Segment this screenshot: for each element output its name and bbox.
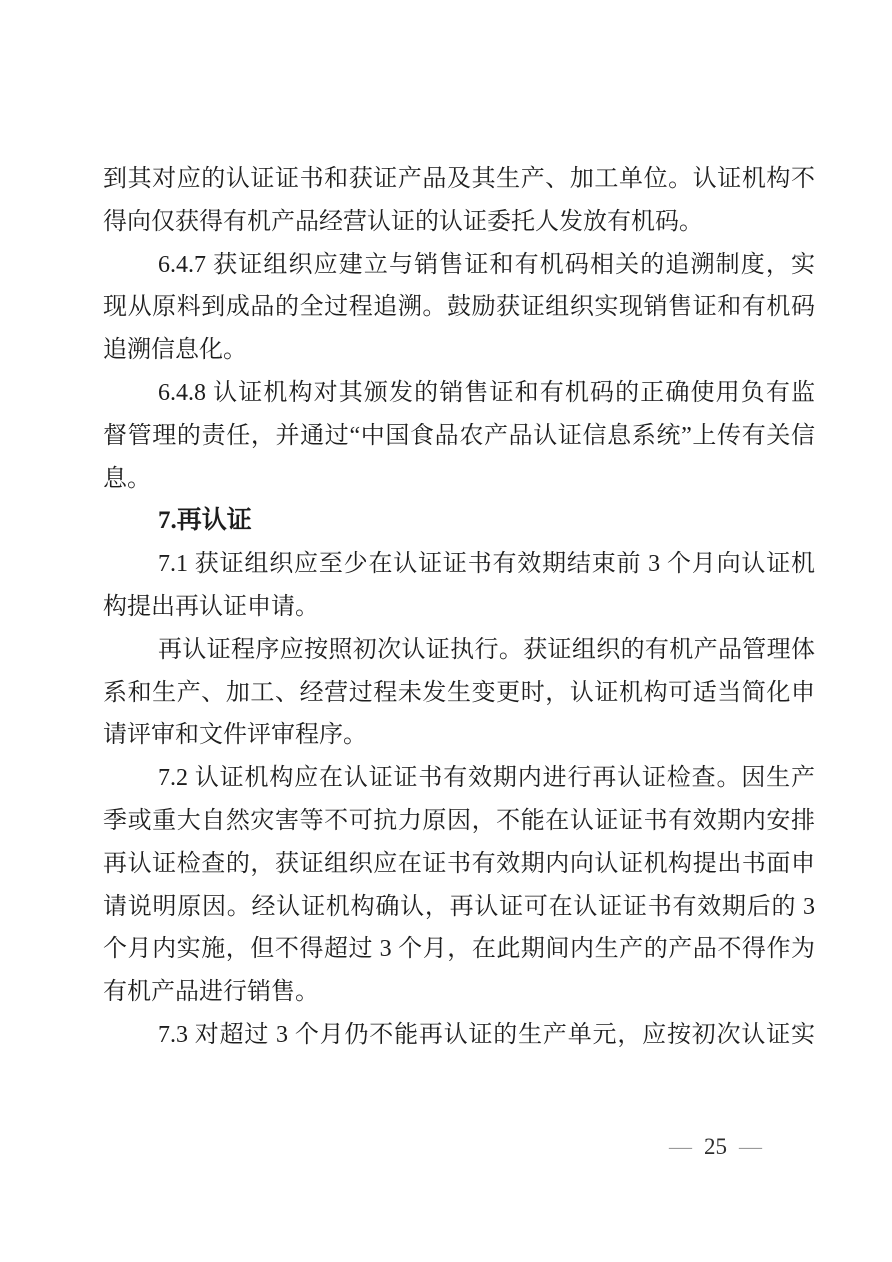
text-line: 6.4.8 认证机构对其颁发的销售证和有机码的正确使用负有监 (103, 372, 815, 415)
text-line: 个月内实施，但不得超过 3 个月，在此期间内生产的产品不得作为 (103, 928, 815, 971)
text-line: 7.2 认证机构应在认证证书有效期内进行再认证检查。因生产 (103, 757, 815, 800)
page-number: 25 (704, 1134, 727, 1159)
text-line: 追溯信息化。 (103, 329, 815, 372)
text-line: 息。 (103, 458, 815, 501)
text-line: 再认证检查的，获证组织应在证书有效期内向认证机构提出书面申 (103, 843, 815, 886)
text-line: 6.4.7 获证组织应建立与销售证和有机码相关的追溯制度，实 (103, 244, 815, 287)
text-line: 系和生产、加工、经营过程未发生变更时，认证机构可适当简化申 (103, 672, 815, 715)
body-text-column: 到其对应的认证证书和获证产品及其生产、加工单位。认证机构不 得向仅获得有机产品经… (103, 158, 815, 1057)
text-line: 到其对应的认证证书和获证产品及其生产、加工单位。认证机构不 (103, 158, 815, 201)
document-page: 到其对应的认证证书和获证产品及其生产、加工单位。认证机构不 得向仅获得有机产品经… (0, 0, 892, 1262)
text-line: 再认证程序应按照初次认证执行。获证组织的有机产品管理体 (103, 629, 815, 672)
text-line: 季或重大自然灾害等不可抗力原因，不能在认证证书有效期内安排 (103, 800, 815, 843)
text-line: 构提出再认证申请。 (103, 586, 815, 629)
section-heading: 7.再认证 (103, 500, 815, 543)
text-line: 请说明原因。经认证机构确认，再认证可在认证证书有效期后的 3 (103, 886, 815, 929)
text-line: 7.3 对超过 3 个月仍不能再认证的生产单元，应按初次认证实 (103, 1014, 815, 1057)
footer-dash: — (739, 1134, 762, 1159)
text-line: 得向仅获得有机产品经营认证的认证委托人发放有机码。 (103, 201, 815, 244)
footer-dash: — (669, 1134, 692, 1159)
text-line: 请评审和文件评审程序。 (103, 714, 815, 757)
text-line: 现从原料到成品的全过程追溯。鼓励获证组织实现销售证和有机码 (103, 286, 815, 329)
text-line: 督管理的责任，并通过“中国食品农产品认证信息系统”上传有关信 (103, 415, 815, 458)
text-line: 有机产品进行销售。 (103, 971, 815, 1014)
page-footer: —25— (669, 1134, 762, 1160)
text-line: 7.1 获证组织应至少在认证证书有效期结束前 3 个月向认证机 (103, 543, 815, 586)
